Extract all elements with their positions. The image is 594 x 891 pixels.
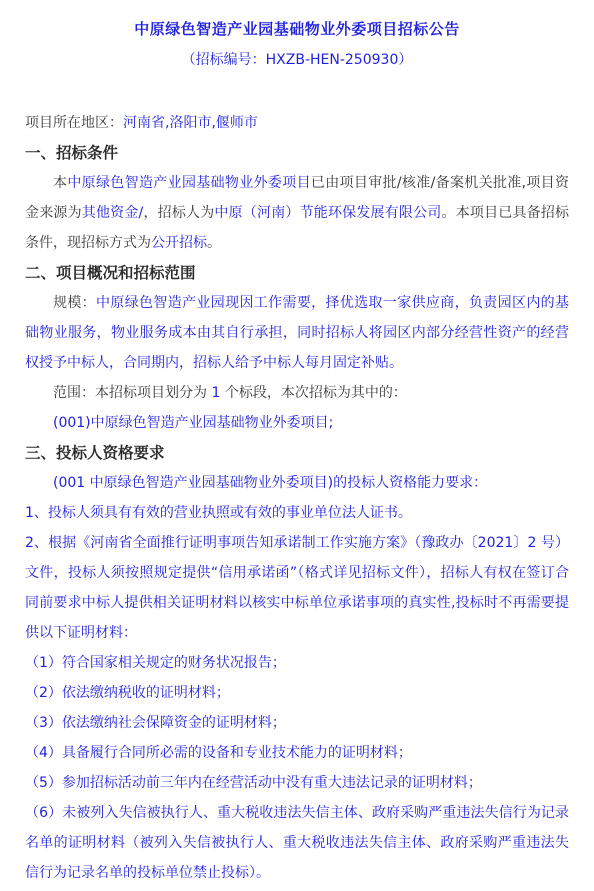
range-paragraph: 范围：本招标项目划分为 1 个标段，本次招标为其中的： xyxy=(25,378,569,408)
tender-announcement-document: 中原绿色智造产业园基础物业外委项目招标公告 （招标编号：HXZB-HEN-250… xyxy=(0,0,594,891)
spacer xyxy=(25,76,569,108)
section3-heading: 三、投标人资格要求 xyxy=(25,438,569,468)
tender-method-segment: 公开招标 xyxy=(151,235,207,251)
certification-item: （4）具备履行合同所必需的设备和专业技术能力的证明材料； xyxy=(25,738,569,768)
tender-number: （招标编号：HXZB-HEN-250930） xyxy=(25,44,569,76)
project-location-line: 项目所在地区：河南省,洛阳市,偃师市 xyxy=(25,108,569,138)
lot-line: (001)中原绿色智造产业园基础物业外委项目; xyxy=(25,408,569,438)
qualification-item-2: 2、根据《河南省全面推行证明事项告知承诺制工作实施方案》（豫政办〔2021〕2 … xyxy=(25,528,569,648)
certification-item: （1）符合国家相关规定的财务状况报告； xyxy=(25,648,569,678)
project-name-segment: 中原绿色智造产业园基础物业外委项目 xyxy=(67,175,311,191)
certification-item: （2）依法缴纳税收的证明材料； xyxy=(25,678,569,708)
text-segment: 范围：本招标项目划分为 xyxy=(53,385,211,401)
certification-list: （1）符合国家相关规定的财务状况报告； （2）依法缴纳税收的证明材料； （3）依… xyxy=(25,648,569,888)
scale-paragraph: 规模：中原绿色智造产业园现因工作需要，择优选取一家供应商，负责园区内的基础物业服… xyxy=(25,288,569,378)
tenderee-name-segment: 中原（河南）节能环保发展有限公司 xyxy=(214,205,441,221)
text-segment: 。 xyxy=(207,235,221,251)
certification-item: （6）未被列入失信被执行人、重大税收违法失信主体、政府采购严重违法失信行为记录名… xyxy=(25,798,569,888)
certification-item: （5）参加招标活动前三年内在经营活动中没有重大违法记录的证明材料； xyxy=(25,768,569,798)
fund-source-segment: 其他资金/ xyxy=(82,205,143,221)
section1-paragraph: 本中原绿色智造产业园基础物业外委项目已由项目审批/核准/备案机关批准,项目资金来… xyxy=(25,168,569,258)
text-segment: 本 xyxy=(53,175,67,191)
qualification-intro: (001 中原绿色智造产业园基础物业外委项目)的投标人资格能力要求： xyxy=(25,468,569,498)
location-value: 河南省,洛阳市,偃师市 xyxy=(123,115,258,131)
scale-label: 规模： xyxy=(53,295,96,311)
certification-item: （3）依法缴纳社会保障资金的证明材料； xyxy=(25,708,569,738)
scale-text: 中原绿色智造产业园现因工作需要，择优选取一家供应商，负责园区内的基础物业服务，物… xyxy=(25,295,569,371)
text-segment: 个标段，本次招标为其中的： xyxy=(220,385,406,401)
qualification-item-1: 1、投标人须具有有效的营业执照或有效的事业单位法人证书。 xyxy=(25,498,569,528)
page-title: 中原绿色智造产业园基础物业外委项目招标公告 xyxy=(25,14,569,44)
section1-heading: 一、招标条件 xyxy=(25,138,569,168)
section2-heading: 二、项目概况和招标范围 xyxy=(25,258,569,288)
location-label: 项目所在地区： xyxy=(25,115,123,131)
text-segment: ，招标人为 xyxy=(143,205,214,221)
